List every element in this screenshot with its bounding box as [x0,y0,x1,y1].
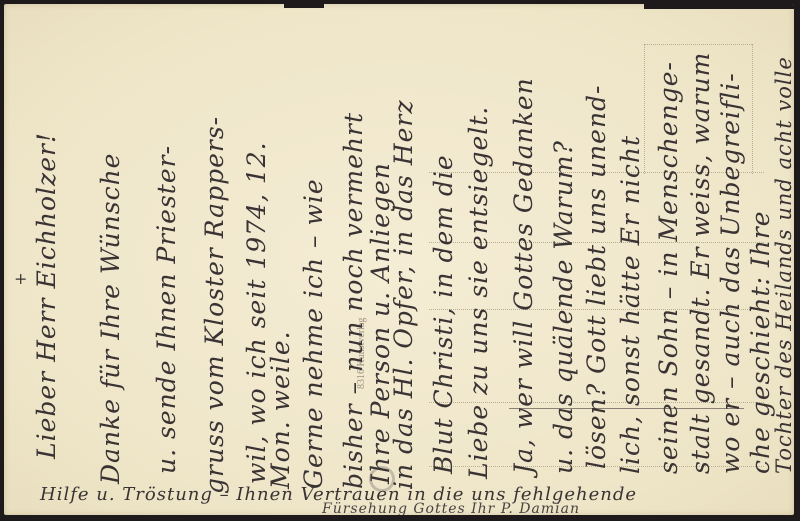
margin-cross: + [14,269,27,288]
handwritten-line: Liebe zu uns sie entsiegelt. [464,106,493,479]
handwritten-line: wo er – auch das Unbegreifli- [716,72,745,474]
handwritten-line: bisher – nun noch vermehrt [339,112,368,489]
handwritten-line: lösen? Gott liebt uns unend- [582,85,611,470]
handwritten-line: gruss vom Kloster Rappers- [200,116,229,494]
torn-edge [644,4,794,9]
handwritten-line: Blut Christi, in dem die [429,154,458,474]
handwritten-line: seinen Sohn – in Menschenge- [654,61,683,474]
torn-edge [284,4,324,8]
postcard-back: 8316 Kunstverlag + Lieber Herr Eichholze… [4,4,794,515]
handwritten-line: Gerne nehme ich – wie [299,178,328,489]
handwritten-line: Mon. weile. [266,330,295,489]
handwritten-line: Tochter des Heilands und acht volle [772,56,794,474]
stamp-box-line [752,44,753,174]
handwritten-line: che geschieht: Ihre [746,210,775,474]
handwritten-line: lich, sonst hätte Er nicht [616,135,645,474]
handwritten-line: Ja, wer will Gottes Gedanken [509,77,538,474]
handwritten-line: u. sende Ihnen Priester- [152,145,181,474]
handwritten-line: u. das quälende Warum? [549,140,578,474]
handwritten-line: Danke für Ihre Wünsche [96,153,125,484]
bottom-handwritten-signature: Fürsehung Gottes Ihr P. Damian [322,501,580,515]
handwritten-line: Lieber Herr Eichholzer! [32,132,61,459]
handwritten-line: stalt gesandt. Er weiss, warum [686,52,715,474]
stamp-box-line [644,44,752,45]
handwritten-line: in das Hl. Opfer, in das Herz [389,99,418,489]
